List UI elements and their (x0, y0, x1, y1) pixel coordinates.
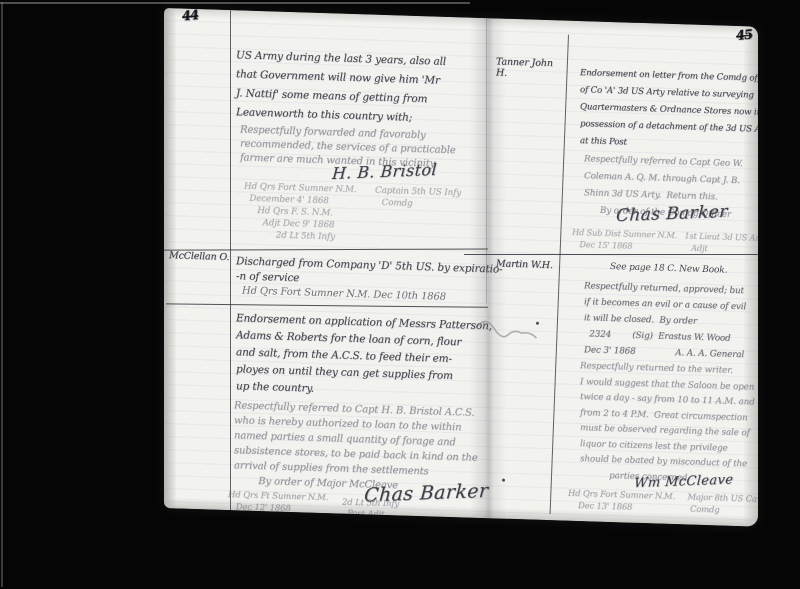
scan-edge-artifact-top (0, 2, 470, 4)
left-entry-1-footer: Hd Qrs Fort Sumner N.M. Captain 5th US I… (244, 181, 494, 249)
right-entry-1-body: Endorsement on letter from the Comdg off… (580, 65, 756, 156)
left-entry-3-footer-left: Hd Qrs Ft Sumner N.M. Dec 12' 1868 (228, 490, 328, 516)
ledger-page-spread: 44 45 US Army during the last 3 years, a… (164, 8, 758, 527)
left-entry-1-opening: US Army during the last 3 years, also al… (236, 46, 484, 130)
pencil-squiggle-mark (476, 318, 540, 346)
scan-edge-artifact-left (1, 2, 3, 587)
right-entry-2-endorsement-2: Respectfully returned to the writer.I wo… (580, 359, 756, 489)
page-number-left: 44 (181, 8, 199, 24)
right-entry-2-endorsement-1: Respectfully returned, approved; butif i… (584, 278, 758, 363)
left-entry-3-body: Endorsement on application of Messrs Pat… (236, 310, 488, 403)
left-entry-3-footer-right: 2d Lt 5th Infy Post Adjt (342, 498, 399, 522)
signature-h-b-bristol: H. B. Bristol (331, 160, 437, 183)
scan-background: 44 45 US Army during the last 3 years, a… (0, 0, 800, 589)
margin-name-tanner: Tanner John H. (496, 56, 562, 80)
page-number-right: 45 (735, 28, 753, 44)
handwritten-line: Post Adjt (342, 509, 399, 522)
margin-name-mcclellan: McClellan O. (169, 250, 235, 263)
ink-dot-artifact (536, 322, 539, 325)
ink-dot-artifact (502, 479, 505, 482)
margin-name-martin: Martin W.H. (496, 258, 562, 271)
